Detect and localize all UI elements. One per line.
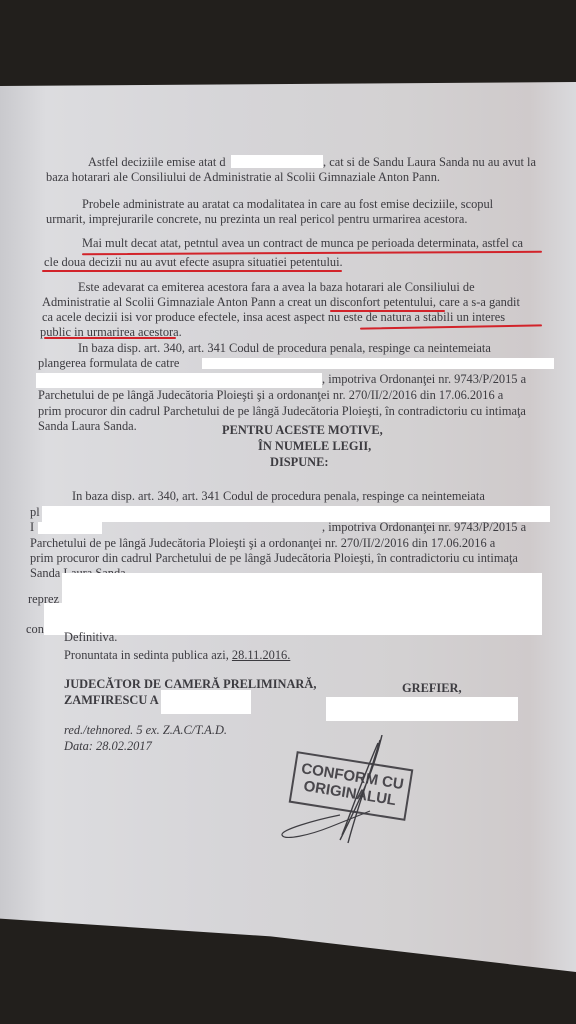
redaction-box <box>44 603 542 635</box>
paragraph-1-line-2: baza hotarari ale Consiliului de Adminis… <box>46 170 440 185</box>
definitiva-text: Definitiva. <box>64 630 117 645</box>
redactor-note: red./tehnored. 5 ex. Z.A.C/T.A.D. <box>64 723 227 738</box>
paragraph-4-line-2: Administratie al Scolii Gimnaziale Anton… <box>42 295 520 310</box>
pronuntata-text: Pronuntata in sedinta publica azi, 28.11… <box>64 648 290 663</box>
paragraph-1-line-1a: Astfel deciziile emise atat d <box>88 155 226 170</box>
handwritten-signature-icon <box>270 735 410 845</box>
dispositive-line-3-tail: , impotriva Ordonanţei nr. 9743/P/2015 a <box>322 520 526 535</box>
paragraph-3-line-2: cle doua decizii nu au avut efecte asupr… <box>44 255 343 270</box>
dispositive-line-5: prim procuror din cadrul Parchetului de … <box>30 551 518 566</box>
dispositive-line-1: In baza disp. art. 340, art. 341 Codul d… <box>72 489 485 504</box>
paragraph-5-line-5: prim procuror din cadrul Parchetului de … <box>38 404 526 419</box>
paragraph-5-line-2: plangerea formulata de catre <box>38 356 179 371</box>
paragraph-5-line-6: Sanda Laura Sanda. <box>38 419 137 434</box>
con-fragment: con <box>26 622 44 637</box>
paragraph-5-line-4: Parchetului de pe lângă Judecătoria Ploi… <box>38 388 503 403</box>
paragraph-5-line-3: , impotriva Ordonanţei nr. 9743/P/2015 a <box>322 372 526 387</box>
paragraph-2-line-1: Probele administrate au aratat ca modali… <box>82 197 493 212</box>
pronuntata-date: 28.11.2016. <box>232 648 290 662</box>
redaction-box <box>36 373 322 388</box>
dispositive-line-4: Parchetului de pe lângă Judecătoria Ploi… <box>30 536 495 551</box>
redaction-box <box>161 690 251 714</box>
heading-pentru-aceste-motive: PENTRU ACESTE MOTIVE, <box>222 423 383 438</box>
judge-name: ZAMFIRESCU A <box>64 693 159 708</box>
heading-in-numele-legii: ÎN NUMELE LEGII, <box>258 439 371 454</box>
redaction-box <box>231 155 323 168</box>
redaction-box <box>202 358 554 369</box>
dispositive-line-3: I <box>30 520 34 535</box>
pronuntata-label: Pronuntata in sedinta publica azi, <box>64 648 232 662</box>
red-marker-underline <box>42 270 342 272</box>
redaction-box <box>38 522 102 534</box>
data-note: Data: 28.02.2017 <box>64 739 152 754</box>
paragraph-2-line-2: urmarit, imprejurarile concrete, nu prez… <box>46 212 467 227</box>
paragraph-1-line-1b: , cat si de Sandu Laura Sanda nu au avut… <box>323 155 536 170</box>
redaction-box <box>326 697 518 721</box>
paragraph-3-line-1: Mai mult decat atat, petntul avea un con… <box>82 236 523 251</box>
dispositive-line-2: pl <box>30 505 40 520</box>
clerk-title: GREFIER, <box>402 681 462 696</box>
heading-dispune: DISPUNE: <box>270 455 329 470</box>
paragraph-4-line-1: Este adevarat ca emiterea acestora fara … <box>78 280 475 295</box>
paragraph-5-line-1: In baza disp. art. 340, art. 341 Codul d… <box>78 341 491 356</box>
red-marker-underline <box>44 337 176 339</box>
paragraph-4-line-3: ca acele decizii isi vor produce efectel… <box>42 310 505 325</box>
